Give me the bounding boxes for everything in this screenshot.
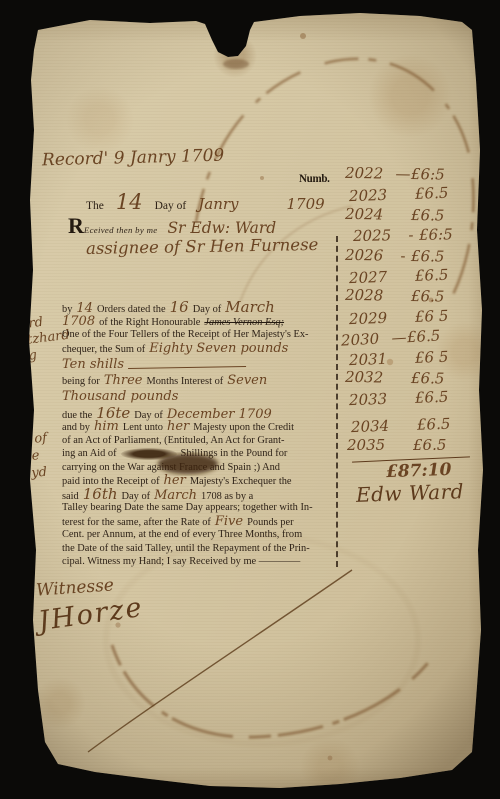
body-line: due the16teDay ofDecember 1709	[62, 407, 340, 421]
quittance-num: 2026	[345, 245, 395, 264]
text-segment: cipal. Witness my Hand; I say Received b…	[62, 556, 300, 567]
quittance-row: 2023£6.5	[349, 183, 482, 208]
quittance-num: 2031	[349, 349, 400, 369]
paper: Record' 9 Janry 1709 Numb. 2022—£6:52023…	[0, 0, 500, 799]
quittance-amt: £6:5	[411, 165, 445, 184]
quittance-amt: £6.5	[415, 184, 449, 203]
quittance-column: 2022—£6:52023£6.52024£6.52025-£6:52026-£…	[345, 165, 477, 456]
text-segment: of an Act of Parliament, (Entituled, An …	[62, 435, 284, 446]
text-segment: Lent unto	[123, 422, 163, 433]
body-line: carrying on the War against France and S…	[62, 461, 340, 475]
text-segment: said	[62, 491, 79, 502]
quittance-row: 2025-£6:5	[353, 225, 485, 248]
quittance-num: 2027	[349, 267, 400, 287]
quittance-sep: -	[403, 226, 419, 244]
quittance-amt: £6:5	[419, 225, 453, 244]
text-segment: Seven	[227, 373, 267, 388]
quittance-amt: £6 5	[415, 347, 449, 366]
body-line: of an Act of Parliament, (Entituled, An …	[62, 434, 340, 448]
body-line: by14Orders dated the16Day ofMarch	[62, 301, 340, 315]
text-segment: Five	[215, 514, 243, 529]
text-segment: Sr Edw: Ward	[167, 219, 276, 237]
date-line: The14Day ofJanry1709	[86, 190, 337, 214]
quittance-amt: £6.5	[406, 327, 440, 347]
record-line: Record' 9 Janry 1709	[42, 146, 225, 171]
text-segment: Shillings in the Pound for	[181, 448, 288, 459]
quittance-num: 2032	[345, 368, 395, 387]
received-line: REceived then by meSr Edw: Ward	[68, 213, 276, 239]
text-segment: Majesty's Exchequer the	[190, 476, 292, 487]
quittance-amt: £6.5	[411, 247, 445, 266]
quittance-amt: £6.5	[417, 414, 451, 433]
speck	[300, 33, 306, 39]
body-line: being forThreeMonths Interest ofSeven	[62, 374, 340, 388]
text-segment: Eighty Seven pounds	[149, 341, 288, 356]
body-line: chequer, the Sum ofEighty Seven pounds	[62, 342, 340, 356]
text-segment: him	[94, 419, 119, 434]
text-segment: Cent. per Annum, at the end of every Thr…	[62, 529, 302, 540]
quittance-num: 2025	[353, 226, 403, 245]
text-segment: Orders dated the	[97, 304, 166, 315]
quittance-sep	[401, 429, 417, 430]
text-segment: March	[225, 298, 275, 316]
text-segment: the Date of the said Talley, until the R…	[62, 543, 310, 554]
text-segment: Majesty upon the Credit	[193, 422, 294, 433]
stain-ring-bottom	[112, 645, 432, 737]
text-segment: her	[167, 419, 189, 434]
body-line: the Date of the said Talley, until the R…	[62, 542, 340, 556]
text-segment: Months Interest of	[146, 376, 223, 387]
text-segment: Day of	[155, 200, 187, 212]
text-segment: Pounds per	[247, 517, 293, 528]
quittance-row: 2035£6.5	[347, 436, 479, 456]
quittance-amt: £6.5	[415, 388, 449, 407]
quittance-num: 2034	[351, 416, 402, 436]
quittance-amt: £6.5	[411, 287, 445, 306]
quittance-row: 2024£6.5	[345, 205, 477, 228]
ink-smudge-inline	[121, 448, 177, 460]
total-amount: £87:10	[386, 460, 452, 482]
body-line: 1708of the Right HonourableJames Vernon …	[62, 315, 340, 329]
body-line: Cent. per Annum, at the end of every Thr…	[62, 528, 340, 542]
margin-note-fund: out of12te4 ayd	[8, 430, 50, 484]
text-segment: Thousand pounds	[62, 389, 178, 404]
quittance-num: 2029	[349, 308, 400, 328]
speck	[328, 756, 333, 761]
text-segment: 16	[170, 298, 189, 316]
body-line: Thousand pounds	[62, 388, 340, 405]
receiver-signature: Edw Ward	[356, 479, 465, 507]
speck	[260, 176, 264, 180]
text-segment: 1708	[62, 314, 95, 329]
text-segment: Day of	[193, 304, 222, 315]
body-line: One of the Four Tellers of the Receipt o…	[62, 328, 340, 342]
column-rule	[336, 236, 338, 567]
text-segment: terest for the same, after the Rate of	[62, 517, 211, 528]
text-segment: R	[68, 213, 84, 238]
quittance-sep	[399, 403, 415, 404]
text-segment: carrying on the War against France and S…	[62, 462, 280, 473]
body-line: ing an Aid ofShillings in the Pound for	[62, 447, 340, 461]
quittance-amt: £6 5	[415, 306, 449, 325]
margin-note-line: out of	[8, 430, 47, 450]
quittance-sep: —	[395, 165, 411, 183]
text-segment: The	[86, 200, 104, 212]
assignee-line: assignee of Sr Hen Furnese	[86, 235, 319, 258]
quittance-num: 2028	[345, 286, 395, 305]
text-segment: chequer, the Sum of	[62, 344, 145, 355]
margin-note-line: 4 ayd	[11, 464, 50, 484]
quittance-amt: £6.5	[411, 369, 445, 388]
quittance-sep	[399, 281, 415, 282]
text-segment: Day of	[122, 491, 151, 502]
numb-label: Numb.	[299, 173, 330, 186]
quittance-num: 2024	[345, 205, 395, 224]
text-segment: Day of	[134, 410, 163, 421]
quittance-num: 2023	[349, 186, 400, 206]
quittance-row: 2033£6.5	[349, 387, 482, 412]
text-segment: Three	[104, 373, 143, 388]
quittance-sep: -	[395, 246, 411, 264]
text-segment: 14	[116, 190, 143, 214]
body-line: cipal. Witness my Hand; I say Received b…	[62, 555, 340, 569]
quittance-amt: £6.5	[413, 436, 446, 454]
text-segment: 1709	[287, 195, 325, 213]
text-segment: Ten shills	[62, 357, 124, 372]
text-segment: Eceived then by me	[84, 225, 158, 235]
stain-tear-blob	[223, 59, 249, 69]
body-line: and byhimLent untoherMajesty upon the Cr…	[62, 420, 340, 434]
body-line: said16thDay ofMarch1708 as by a	[62, 488, 340, 502]
text-segment: ing an Aid of	[62, 448, 117, 459]
scanned-document-stage: Record' 9 Janry 1709 Numb. 2022—£6:52023…	[0, 0, 500, 799]
body-line: Talley bearing Date the same Day appears…	[62, 501, 340, 515]
text-segment: One of the Four Tellers of the Receipt o…	[62, 329, 309, 340]
text-segment: and by	[62, 422, 90, 433]
quittance-num: 2022	[345, 164, 395, 183]
quittance-sep	[399, 362, 415, 363]
fill-in-rule	[128, 358, 246, 369]
quittance-num: 2033	[349, 390, 400, 410]
text-segment: her	[164, 473, 186, 488]
text-segment: 16th	[83, 485, 118, 503]
text-segment: Janry	[198, 195, 238, 213]
quittance-sep	[399, 322, 415, 323]
quittance-sep: —	[390, 328, 407, 347]
quittance-sep	[399, 199, 415, 200]
quittance-row: 2034£6.5	[351, 413, 484, 438]
text-segment: Talley bearing Date the same Day appears…	[62, 502, 313, 513]
quittance-num: 2035	[347, 436, 397, 454]
quittance-num: 2030	[341, 329, 392, 350]
body-line: Ten shills	[62, 355, 340, 374]
body-line: terest for the same, after the Rate ofFi…	[62, 515, 340, 529]
quittance-amt: £6.5	[415, 266, 449, 285]
body-text: by14Orders dated the16Day ofMarch1708of …	[62, 301, 340, 569]
text-segment: being for	[62, 376, 100, 387]
text-segment: of the Right Honourable	[99, 317, 200, 328]
text-segment: James Vernon Esq;	[204, 317, 284, 328]
text-segment: due the	[62, 410, 92, 421]
quittance-amt: £6.5	[411, 206, 445, 225]
text-segment: 1708 as by a	[201, 491, 253, 502]
